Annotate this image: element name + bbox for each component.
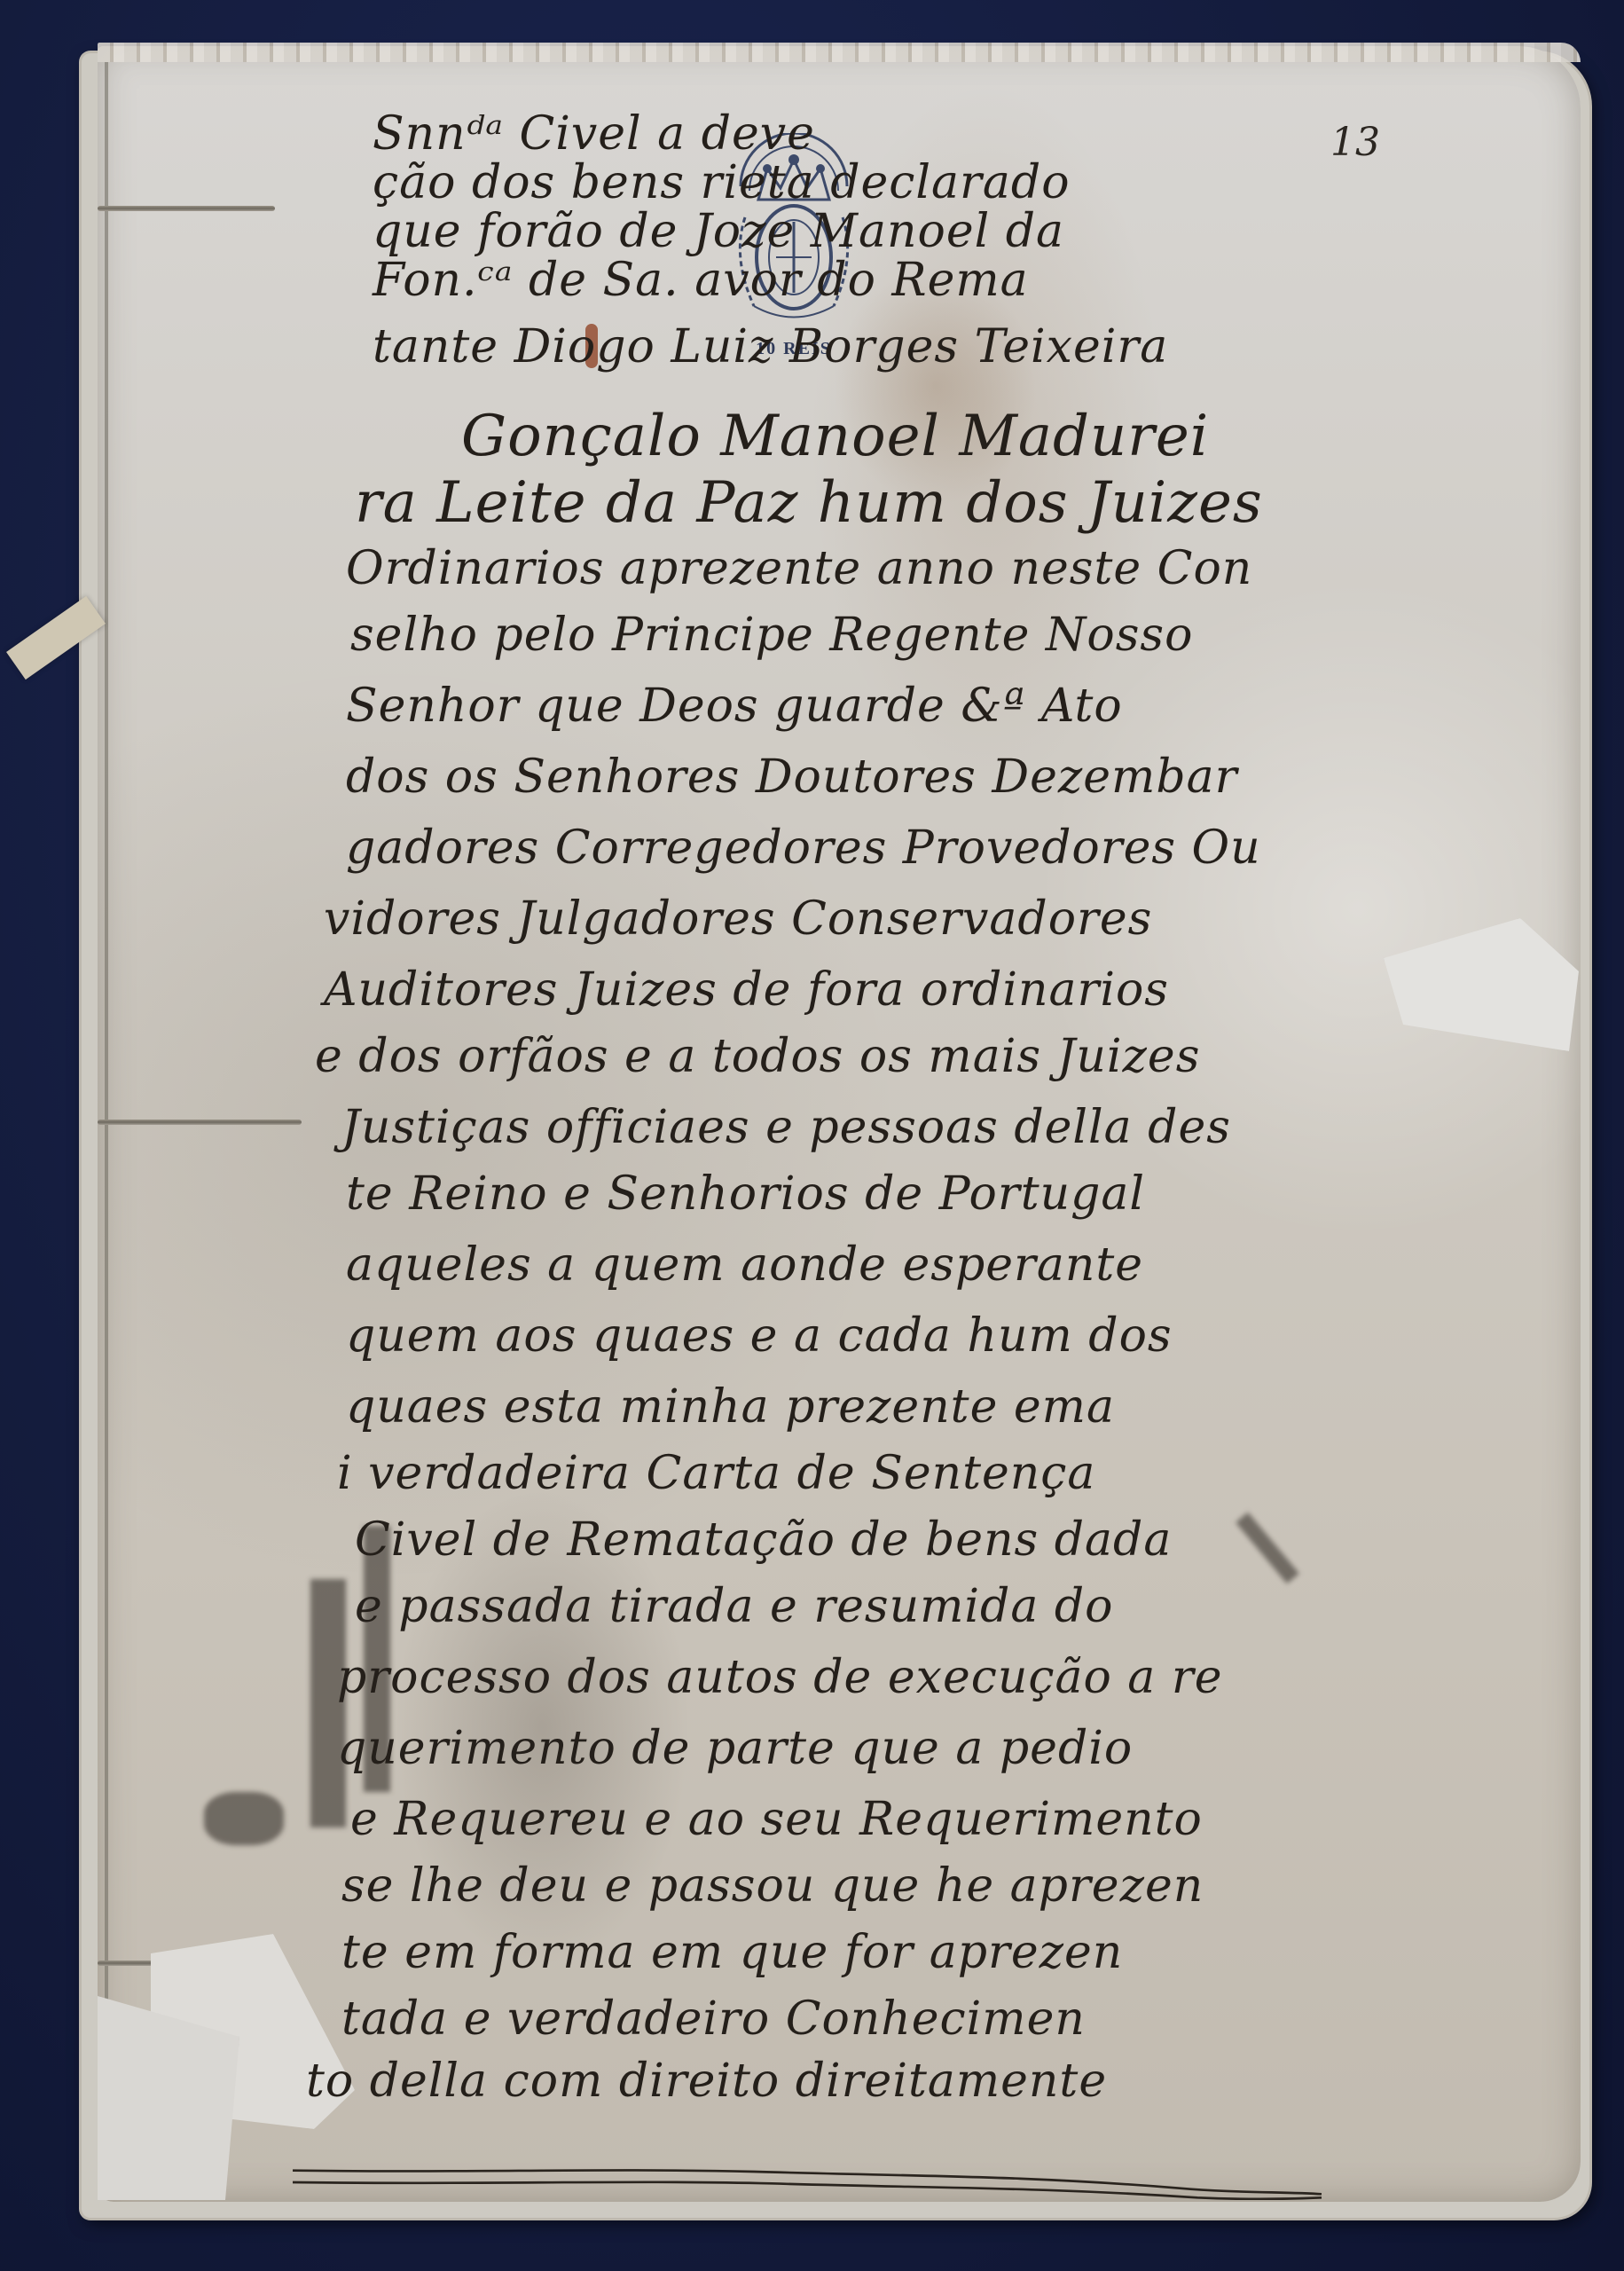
body-line-19: processo dos autos de execução a re bbox=[337, 1654, 1222, 1701]
body-line-7: gadores Corregedores Provedores Ou bbox=[346, 825, 1261, 871]
body-line-12: te Reino e Senhorios de Portugal bbox=[346, 1171, 1145, 1217]
body-line-4: selho pelo Principe Regente Nosso bbox=[350, 612, 1193, 658]
heading-line-2: ção dos bens rieta declarado bbox=[373, 160, 1071, 206]
body-line-23: te em forma em que for aprezen bbox=[341, 1929, 1123, 1976]
heading-line-4: Fon.ᶜᵃ de Sa. avor do Rema bbox=[373, 257, 1029, 303]
ink-blot-bottom bbox=[204, 1792, 284, 1845]
body-line-18: e passada tirada e resumida do bbox=[355, 1583, 1113, 1630]
body-line-3: Ordinarios aprezente anno neste Con bbox=[346, 546, 1252, 592]
body-line-11: Justiças officiaes e pessoas della des bbox=[341, 1104, 1231, 1151]
frayed-top-edge bbox=[98, 43, 1581, 62]
binding-thread-middle bbox=[98, 1120, 302, 1125]
body-line-14: quem aos quaes e a cada hum dos bbox=[346, 1313, 1173, 1359]
binding-thread-top bbox=[98, 206, 275, 211]
body-line-6: dos os Senhores Doutores Dezembar bbox=[346, 754, 1238, 800]
heading-line-3: que forão de Joze Manoel da bbox=[373, 208, 1064, 255]
body-line-9: Auditores Juizes de fora ordinarios bbox=[324, 967, 1169, 1013]
folio-number: 13 bbox=[1330, 120, 1380, 165]
body-line-22: se lhe deu e passou que he aprezen bbox=[341, 1863, 1204, 1909]
heading-line-5: tante Diogo Luiz Borges Teixeira bbox=[373, 324, 1168, 370]
body-line-16: i verdadeira Carta de Sentença bbox=[337, 1450, 1095, 1497]
binding-spine bbox=[105, 62, 108, 2173]
body-line-20: querimento de parte que a pedio bbox=[337, 1725, 1133, 1772]
body-line-13: aqueles a quem aonde esperante bbox=[346, 1242, 1143, 1288]
body-line-10: e dos orfãos e a todos os mais Juizes bbox=[315, 1033, 1200, 1080]
body-line-1: Gonçalo Manoel Madurei bbox=[461, 408, 1209, 465]
body-line-8: vidores Julgadores Conservadores bbox=[324, 896, 1152, 942]
body-line-21: e Requereu e ao seu Requerimento bbox=[350, 1796, 1203, 1843]
body-line-2: ra Leite da Paz hum dos Juizes bbox=[355, 475, 1263, 531]
body-line-25: to della com direito direitamente bbox=[306, 2058, 1107, 2104]
body-line-17: Civel de Rematação de bens dada bbox=[355, 1517, 1172, 1563]
body-line-5: Senhor que Deos guarde &ª Ato bbox=[346, 683, 1123, 729]
heading-line-1: Snnᵈᵃ Civel a deve bbox=[373, 111, 815, 157]
body-line-24: tada e verdadeiro Conhecimen bbox=[341, 1996, 1086, 2042]
body-line-15: quaes esta minha prezente ema bbox=[346, 1384, 1115, 1430]
closing-flourish-lines bbox=[293, 2165, 1322, 2200]
